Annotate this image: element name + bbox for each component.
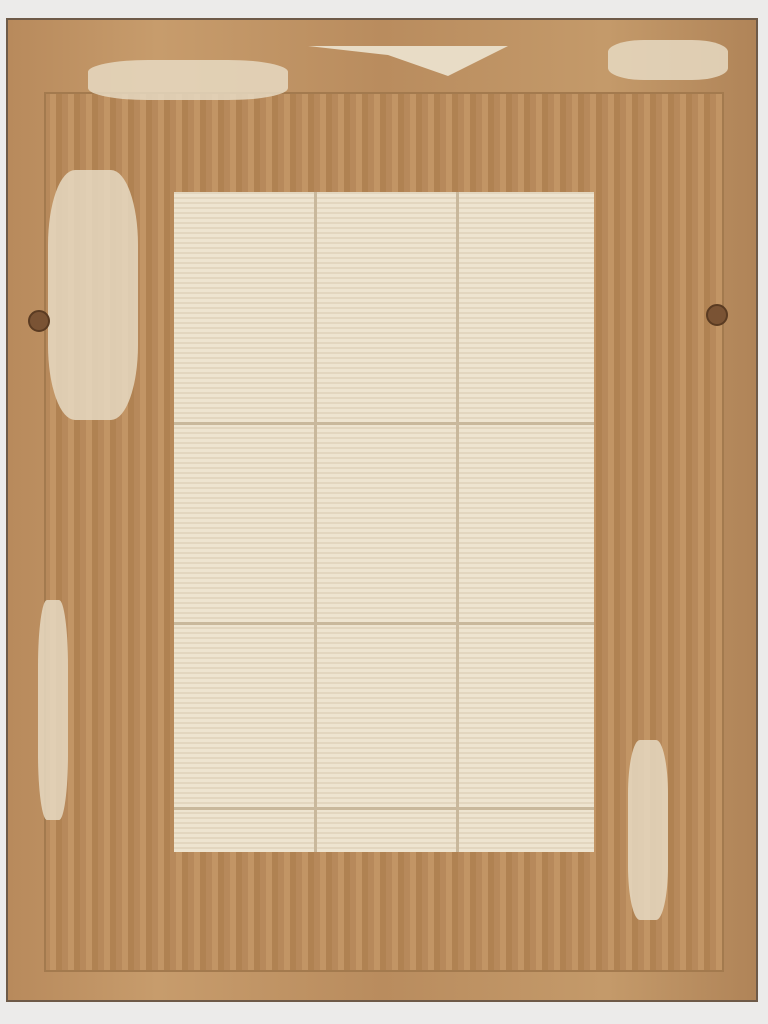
flaking-paint bbox=[628, 740, 668, 920]
flaking-paint bbox=[88, 60, 288, 100]
paper-fold-line bbox=[456, 192, 459, 852]
torn-paper-tab bbox=[308, 46, 508, 76]
paper-fold-line bbox=[174, 622, 594, 625]
newspaper-backing-panel bbox=[174, 192, 594, 852]
hanging-screw bbox=[706, 304, 728, 326]
hanging-screw bbox=[28, 310, 50, 332]
paper-fold-line bbox=[314, 192, 317, 852]
flaking-paint bbox=[608, 40, 728, 80]
wooden-frame-back bbox=[6, 18, 758, 1002]
inner-backing-board bbox=[44, 92, 724, 972]
paper-fold-line bbox=[174, 422, 594, 425]
flaking-paint bbox=[48, 170, 138, 420]
flaking-paint bbox=[38, 600, 68, 820]
paper-fold-line bbox=[174, 807, 594, 810]
